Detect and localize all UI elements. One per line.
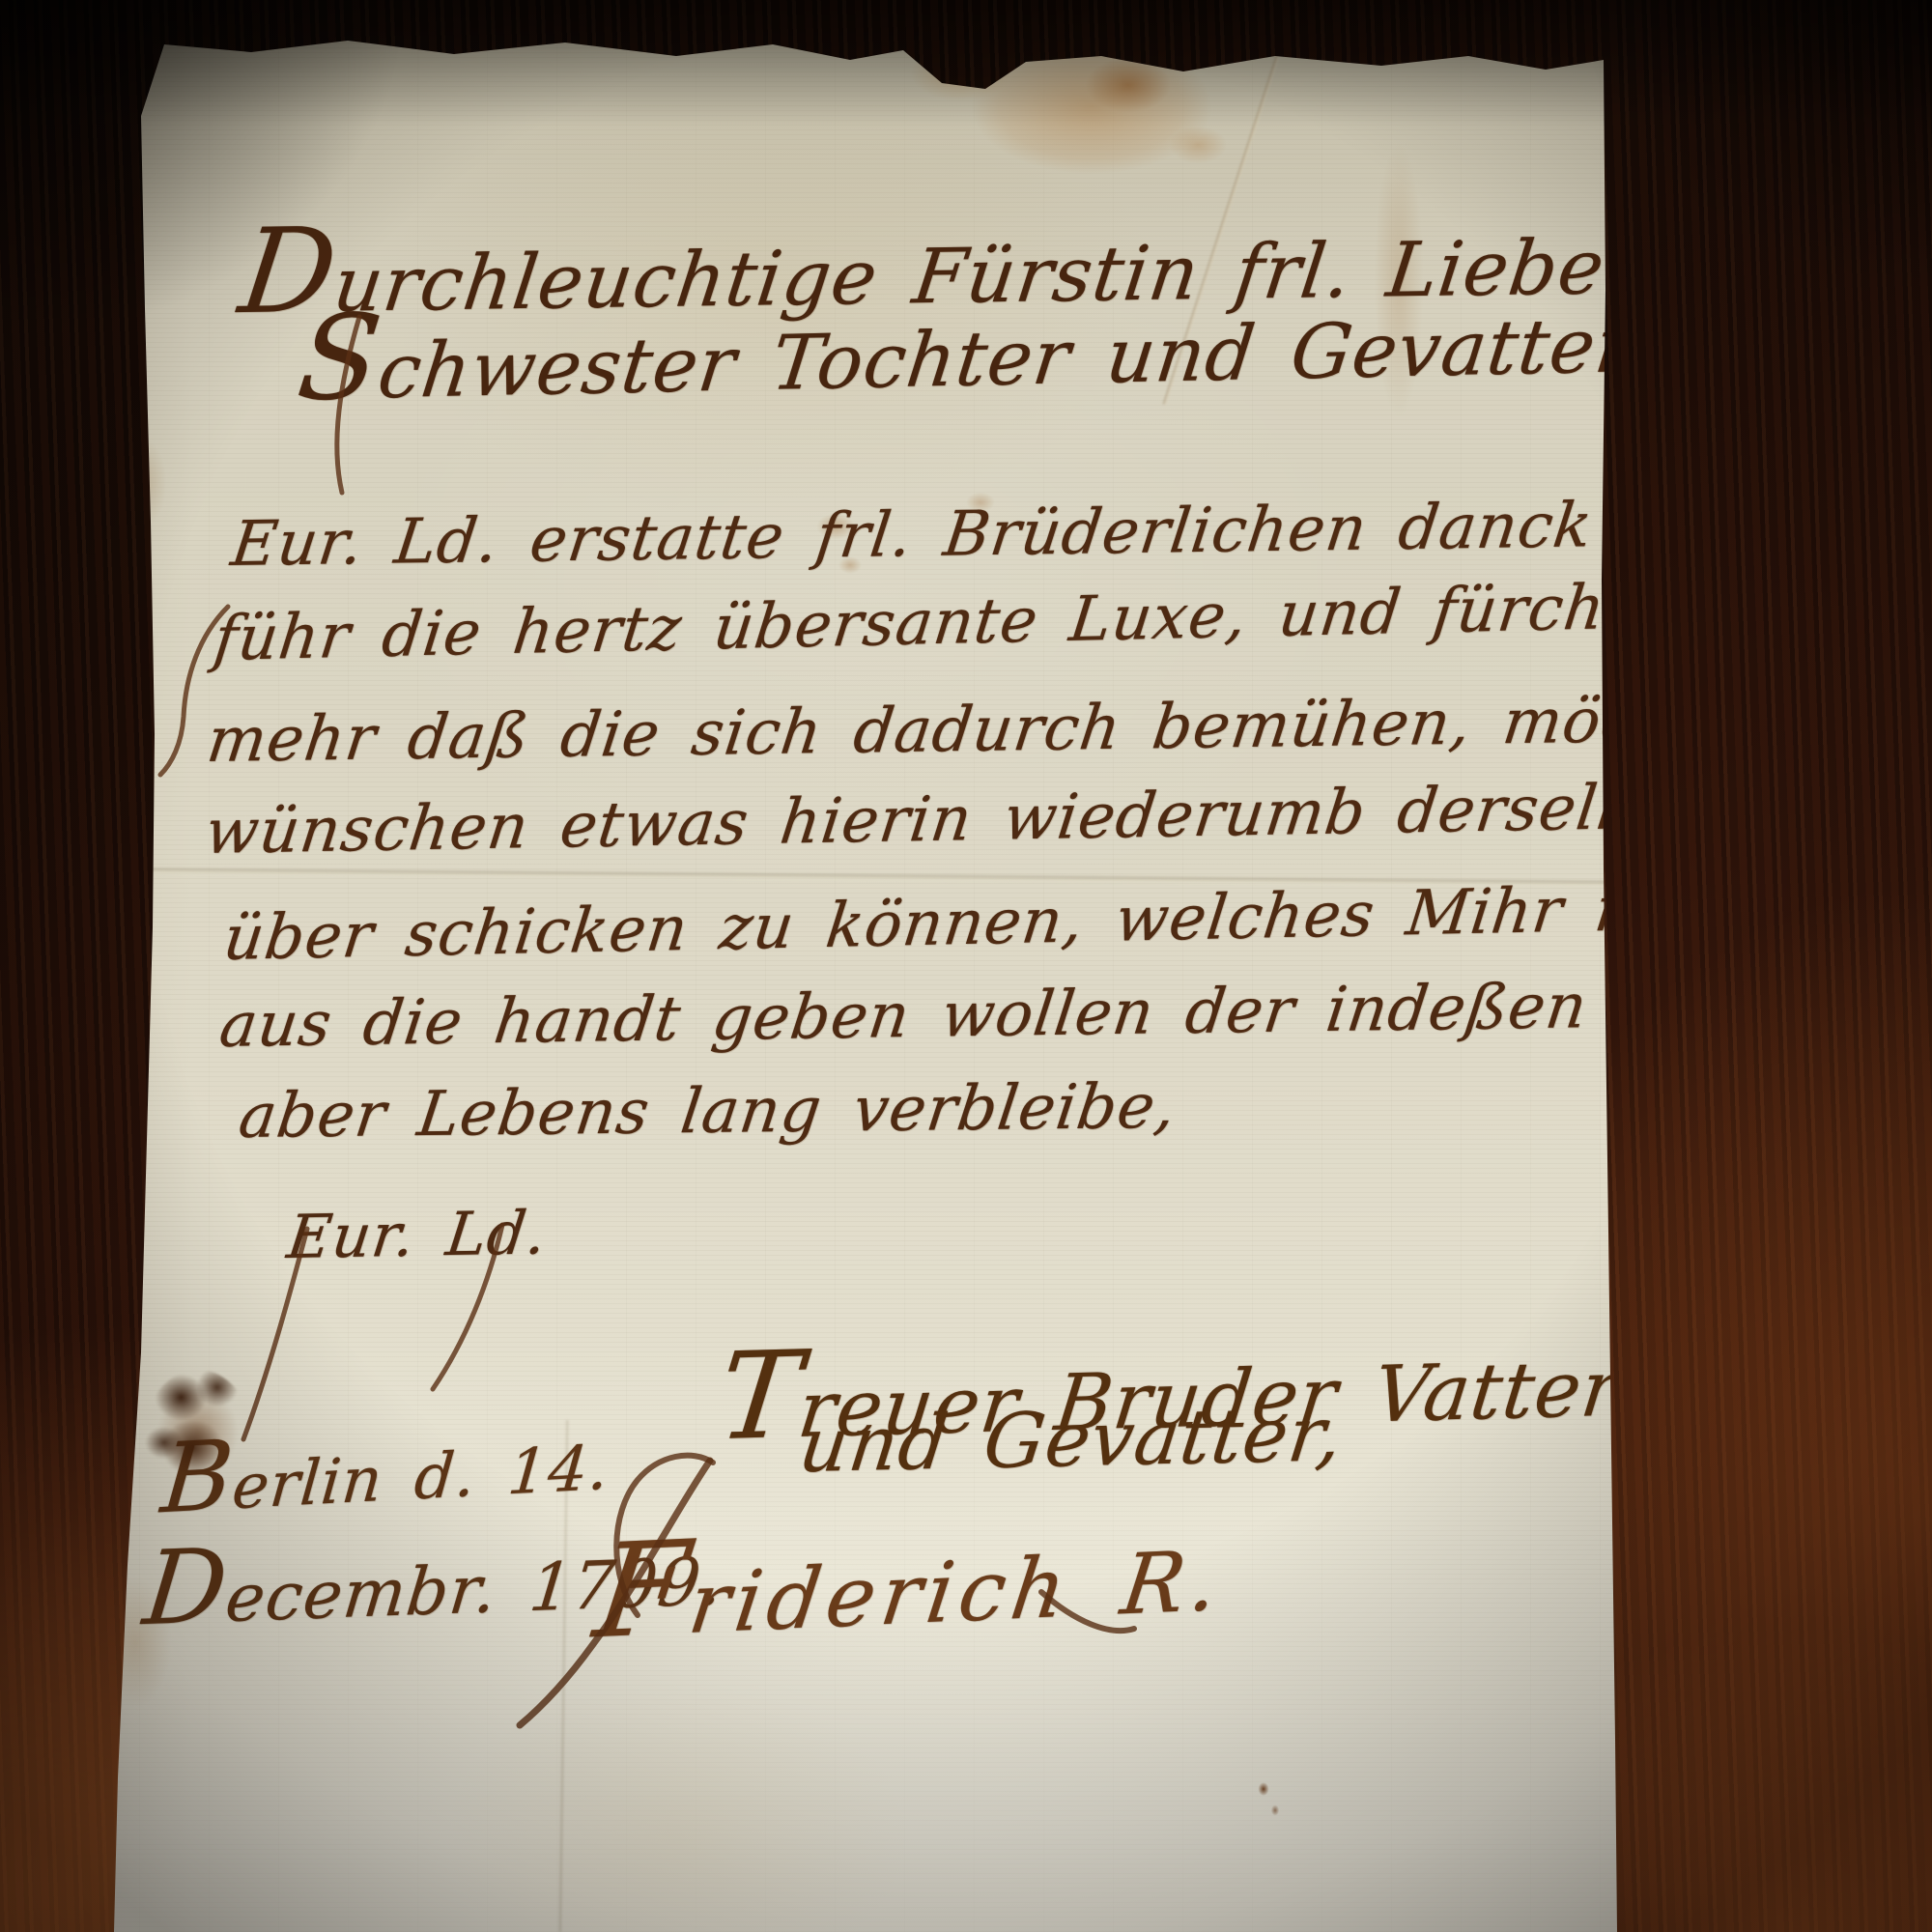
handwriting-line-body-8: Eur. Ld. <box>284 1203 551 1267</box>
photograph: Durchleuchtige Fürstin frl. Liebe Schwes… <box>0 0 1932 1932</box>
handwriting-line-closing-2: und Gevatter, <box>795 1397 1347 1484</box>
handwriting-line-body-7: aber Lebens lang verbleibe, <box>236 1076 1180 1148</box>
ink-blot <box>145 1370 251 1495</box>
handwriting-line-body-1: Eur. Ld. erstatte frl. Brüderlichen danc… <box>228 495 1596 576</box>
handwriting-line-body-6: aus die handt geben wollen der indeßen <box>216 976 1591 1057</box>
